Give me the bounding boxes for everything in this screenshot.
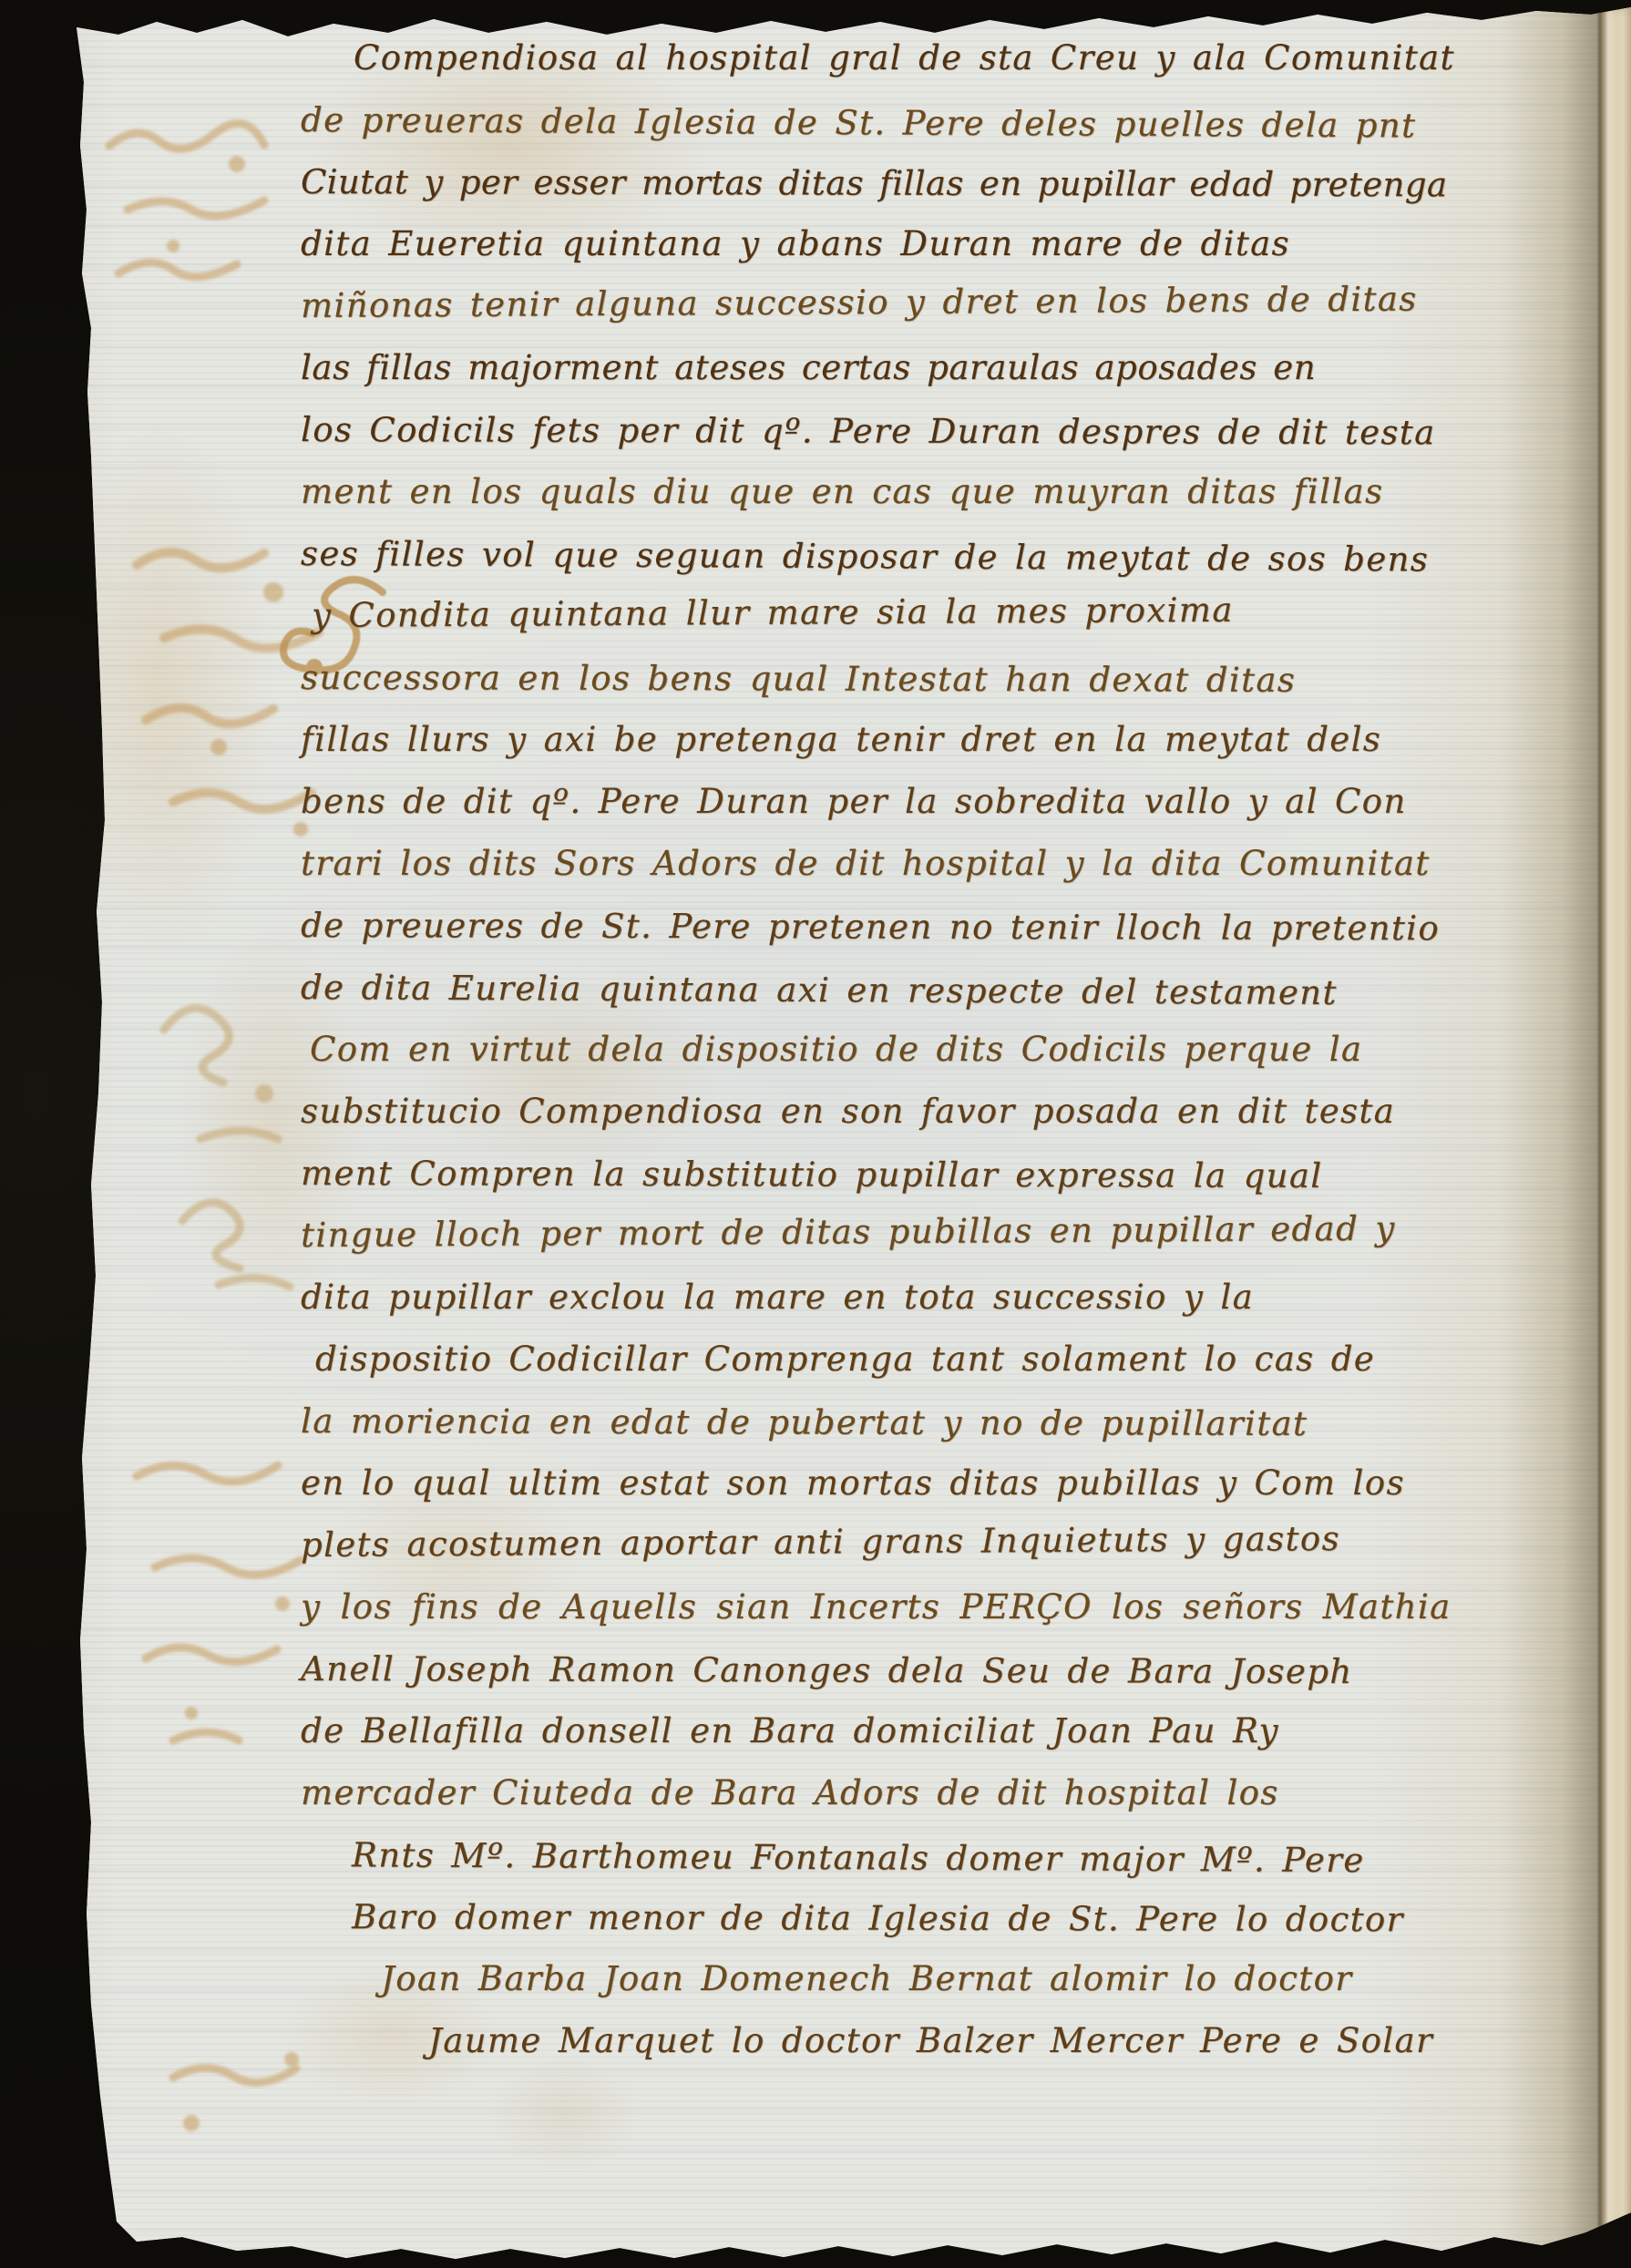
text-line-22: dispositio Codicillar Comprenga tant sol…	[301, 1329, 1613, 1391]
text-line-21: dita pupillar exclou la mare en tota suc…	[301, 1267, 1613, 1329]
text-line-5: miñonas tenir alguna successio y dret en…	[301, 267, 1613, 337]
manuscript-scan: Compendiosa al hospital gral de sta Creu…	[0, 0, 1631, 2268]
text-line-10: y Condita quintana llur mare sia la mes …	[301, 577, 1613, 647]
text-line-25: plets acostumen aportar anti grans Inqui…	[301, 1506, 1613, 1576]
text-line-30: Rnts Mº. Barthomeu Fontanals domer major…	[301, 1824, 1613, 1893]
text-line-3: Ciutat y per esser mortas ditas fillas e…	[301, 151, 1613, 217]
text-line-17: Com en virtut dela dispositio de dits Co…	[301, 1019, 1613, 1081]
text-line-28: de Bellafilla donsell en Bara domiciliat…	[301, 1700, 1613, 1762]
text-line-6: las fillas majorment ateses certas parau…	[301, 337, 1613, 399]
text-line-18: substitucio Compendiosa en son favor pos…	[301, 1081, 1613, 1143]
text-line-8: ment en los quals diu que en cas que muy…	[301, 461, 1613, 523]
text-line-13: bens de dit qº. Pere Duran per la sobred…	[301, 771, 1613, 833]
book-fore-edge	[1600, 5, 1631, 2268]
text-line-20: tingue lloch per mort de ditas pubillas …	[301, 1196, 1613, 1267]
text-line-16: de dita Eurelia quintana axi en respecte…	[301, 957, 1613, 1026]
manuscript-text: Compendiosa al hospital gral de sta Creu…	[301, 27, 1613, 2072]
text-line-31: Baro domer menor de dita Iglesia de St. …	[301, 1886, 1613, 1952]
text-line-2: de preueras dela Iglesia de St. Pere del…	[301, 89, 1613, 159]
manuscript-page: Compendiosa al hospital gral de sta Creu…	[0, 0, 1631, 2268]
text-line-7: los Codicils fets per dit qº. Pere Duran…	[301, 399, 1613, 465]
text-line-29: mercader Ciuteda de Bara Adors de dit ho…	[301, 1762, 1613, 1824]
text-line-24: en lo qual ultim estat son mortas ditas …	[301, 1452, 1613, 1514]
text-line-1: Compendiosa al hospital gral de sta Creu…	[301, 27, 1613, 89]
text-line-23: la moriencia en edat de pubertat y no de…	[301, 1391, 1613, 1456]
text-line-4: dita Eueretia quintana y abans Duran mar…	[301, 213, 1613, 275]
text-line-14: trari los dits Sors Adors de dit hospita…	[301, 833, 1613, 895]
text-line-27: Anell Joseph Ramon Canonges dela Seu de …	[301, 1638, 1613, 1704]
page-curl-shadow	[1502, 0, 1604, 2268]
text-line-12: fillas llurs y axi be pretenga tenir dre…	[301, 709, 1613, 771]
text-line-11: successora en los bens qual Intestat han…	[301, 647, 1613, 713]
text-line-15: de preueres de St. Pere pretenen no teni…	[301, 895, 1613, 960]
text-line-33: Jaume Marquet lo doctor Balzer Mercer Pe…	[301, 2010, 1613, 2072]
text-line-32: Joan Barba Joan Domenech Bernat alomir l…	[301, 1948, 1613, 2010]
text-line-26: y los fins de Aquells sian Incerts PERÇO…	[301, 1576, 1613, 1638]
